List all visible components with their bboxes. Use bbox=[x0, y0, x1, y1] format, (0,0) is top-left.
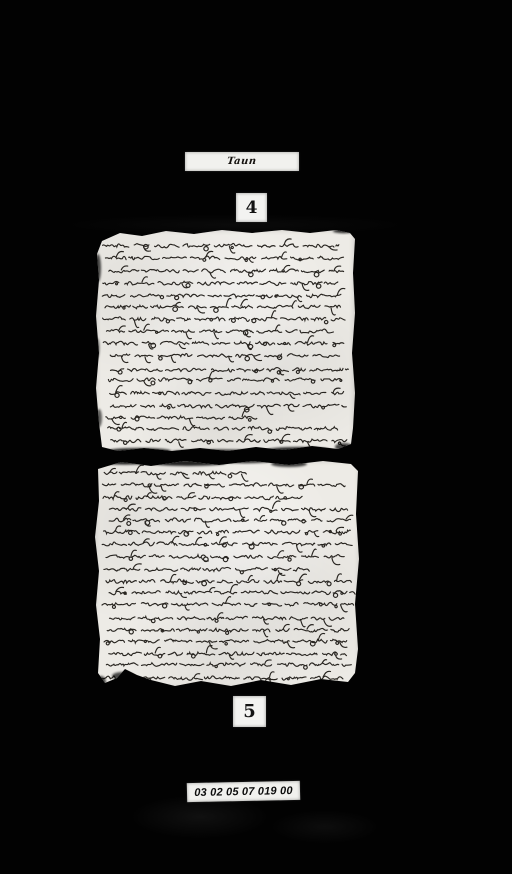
handwriting-strokes bbox=[102, 239, 348, 448]
edge-smudge bbox=[95, 254, 101, 282]
background-noise-blob bbox=[270, 810, 380, 844]
code-text: 03 02 05 07 019 00 bbox=[194, 784, 293, 798]
edge-smudge bbox=[95, 338, 100, 358]
edge-smudge bbox=[96, 409, 102, 427]
handwriting-top-page bbox=[94, 228, 356, 455]
shelfmark-strip: Taun bbox=[185, 152, 299, 171]
code-strip: 03 02 05 07 019 00 bbox=[187, 781, 300, 802]
edge-smudge bbox=[171, 449, 267, 454]
page-number-4: 4 bbox=[246, 198, 258, 218]
edge-smudge bbox=[112, 672, 134, 680]
edge-smudge bbox=[150, 460, 226, 466]
page-number-tile-4: 4 bbox=[236, 193, 267, 222]
manuscript-page-top bbox=[94, 228, 356, 455]
shelfmark-text: Taun bbox=[227, 156, 258, 167]
page-number-5: 5 bbox=[243, 701, 256, 722]
handwriting-bottom-page bbox=[93, 459, 361, 690]
manuscript-page-bottom bbox=[93, 459, 361, 690]
edge-smudge bbox=[271, 461, 307, 467]
edge-smudge bbox=[96, 676, 106, 688]
manuscript-photograph: Taun 4 5 03 02 05 07 019 00 bbox=[0, 0, 512, 874]
edge-smudge bbox=[107, 448, 171, 454]
page-number-tile-5: 5 bbox=[233, 696, 266, 727]
edge-smudge bbox=[267, 447, 331, 453]
edge-smudge bbox=[95, 459, 155, 464]
edge-smudge bbox=[219, 459, 271, 463]
edge-smudge bbox=[335, 443, 353, 451]
handwriting-strokes bbox=[101, 465, 355, 684]
edge-smudge bbox=[333, 229, 355, 233]
